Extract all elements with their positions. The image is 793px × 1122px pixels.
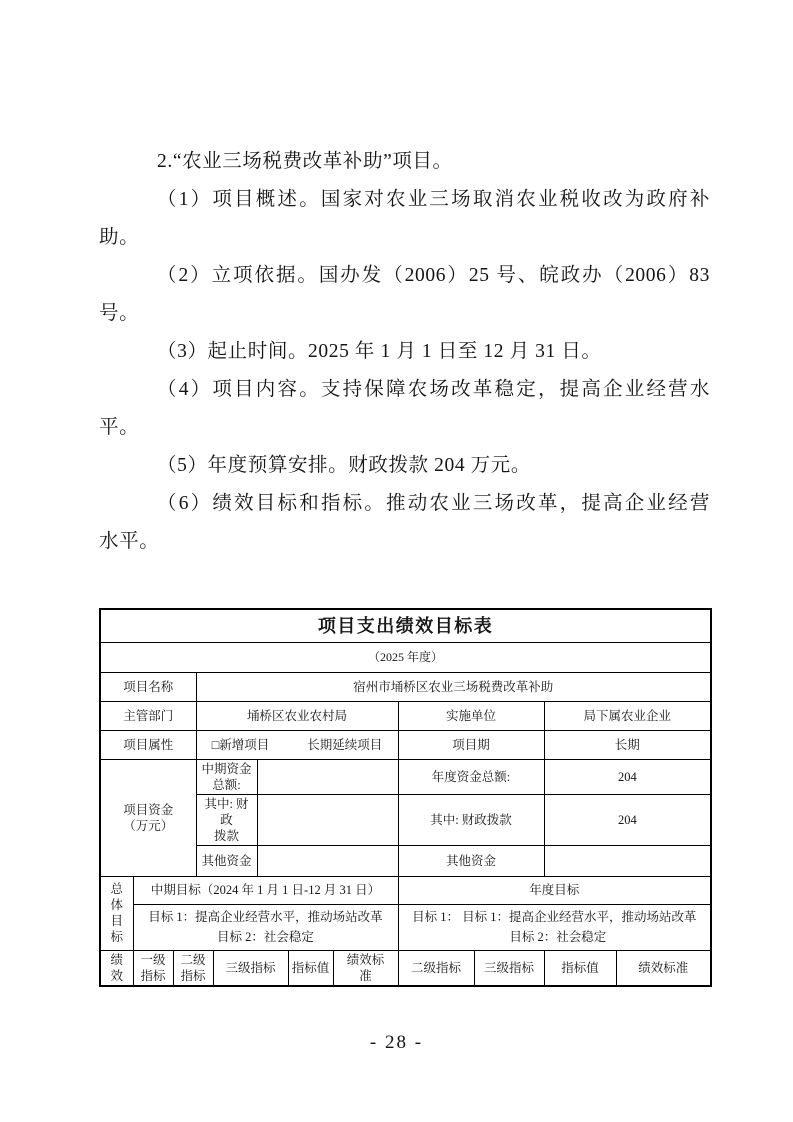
project-name-value: 宿州市埇桥区农业三场税费改革补助 <box>196 672 711 701</box>
mid-other-value <box>257 845 398 876</box>
perf-h-right-1: 二级指标 <box>398 950 474 986</box>
document-page: 2.“农业三场税费改革补助”项目。 （1）项目概述。国家对农业三场取消农业税收改… <box>0 0 793 1122</box>
mid-total-label: 中期资金 总额: <box>196 759 257 794</box>
annual-fiscal-label: 其中: 财政拨款 <box>398 794 544 845</box>
page-number: - 28 - <box>0 1032 793 1054</box>
annual-goal-1: 目标 1： 目标 1：提高企业经营水平，推动场站改革 <box>402 907 708 927</box>
impl-label: 实施单位 <box>398 701 544 730</box>
overall-goal-label: 总体目标 <box>100 876 133 950</box>
annual-fiscal-value: 204 <box>544 794 711 845</box>
dept-label: 主管部门 <box>100 701 196 730</box>
mid-total-value <box>257 759 398 794</box>
period-label: 项目期 <box>398 730 544 759</box>
annual-goals: 目标 1： 目标 1：提高企业经营水平，推动场站改革 目标 2：社会稳定 <box>398 904 711 950</box>
mid-goal-2: 目标 2：社会稳定 <box>137 927 395 947</box>
dept-value: 埇桥区农业农村局 <box>196 701 398 730</box>
attr-option-new: □新增项目 <box>212 737 270 753</box>
perf-h-right-2: 三级指标 <box>474 950 544 986</box>
paragraph-line: 号。 <box>99 295 710 333</box>
mid-goal-header: 中期目标（2024 年 1 月 1 日-12 月 31 日） <box>133 876 398 904</box>
project-name-label: 项目名称 <box>100 672 196 701</box>
perf-h-right-3: 指标值 <box>544 950 616 986</box>
paragraph-line: （4）项目内容。支持保障农场改革稳定，提高企业经营水 <box>99 371 710 409</box>
annual-goal-2: 目标 2：社会稳定 <box>402 927 708 947</box>
mid-fiscal-label: 其中: 财政 拨款 <box>196 794 257 845</box>
paragraph-line: 助。 <box>99 219 710 257</box>
paragraph-line: （2）立项依据。国办发（2006）25 号、皖政办（2006）83 <box>99 257 710 295</box>
mid-goal-1: 目标 1：提高企业经营水平，推动场站改革 <box>137 907 395 927</box>
paragraph-line: （6）绩效目标和指标。推动农业三场改革，提高企业经营 <box>99 485 710 523</box>
perf-label: 绩效 <box>100 950 133 986</box>
mid-goals: 目标 1：提高企业经营水平，推动场站改革 目标 2：社会稳定 <box>133 904 398 950</box>
table-title: 项目支出绩效目标表 <box>100 609 711 642</box>
paragraph-line: 2.“农业三场税费改革补助”项目。 <box>99 143 710 181</box>
perf-h-left-4: 指标值 <box>288 950 333 986</box>
perf-h-right-4: 绩效标准 <box>616 950 711 986</box>
annual-total-value: 204 <box>544 759 711 794</box>
paragraph-line: （1）项目概述。国家对农业三场取消农业税收改为政府补 <box>99 181 710 219</box>
paragraph-line: （5）年度预算安排。财政拨款 204 万元。 <box>99 447 710 485</box>
annual-goal-header: 年度目标 <box>398 876 711 904</box>
attr-label: 项目属性 <box>100 730 196 759</box>
mid-fiscal-value <box>257 794 398 845</box>
paragraph-line: 水平。 <box>99 523 710 561</box>
perf-h-left-5: 绩效标 准 <box>333 950 398 986</box>
perf-h-left-2: 二级 指标 <box>173 950 213 986</box>
annual-total-label: 年度资金总额: <box>398 759 544 794</box>
mid-other-label: 其他资金 <box>196 845 257 876</box>
impl-value: 局下属农业企业 <box>544 701 711 730</box>
attr-option-cont: 长期延续项目 <box>307 737 382 753</box>
annual-other-value <box>544 845 711 876</box>
period-value: 长期 <box>544 730 711 759</box>
attr-options: □新增项目 长期延续项目 <box>196 730 398 759</box>
annual-other-label: 其他资金 <box>398 845 544 876</box>
performance-target-table: 项目支出绩效目标表 （2025 年度） 项目名称 宿州市埇桥区农业三场税费改革补… <box>99 608 712 987</box>
perf-h-left-1: 一级 指标 <box>133 950 173 986</box>
paragraph-line: （3）起止时间。2025 年 1 月 1 日至 12 月 31 日。 <box>99 333 710 371</box>
perf-h-left-3: 三级指标 <box>213 950 288 986</box>
table-year: （2025 年度） <box>100 642 711 672</box>
funds-label: 项目资金 （万元） <box>100 759 196 876</box>
paragraph-line: 平。 <box>99 409 710 447</box>
body-text: 2.“农业三场税费改革补助”项目。 （1）项目概述。国家对农业三场取消农业税收改… <box>99 143 710 561</box>
